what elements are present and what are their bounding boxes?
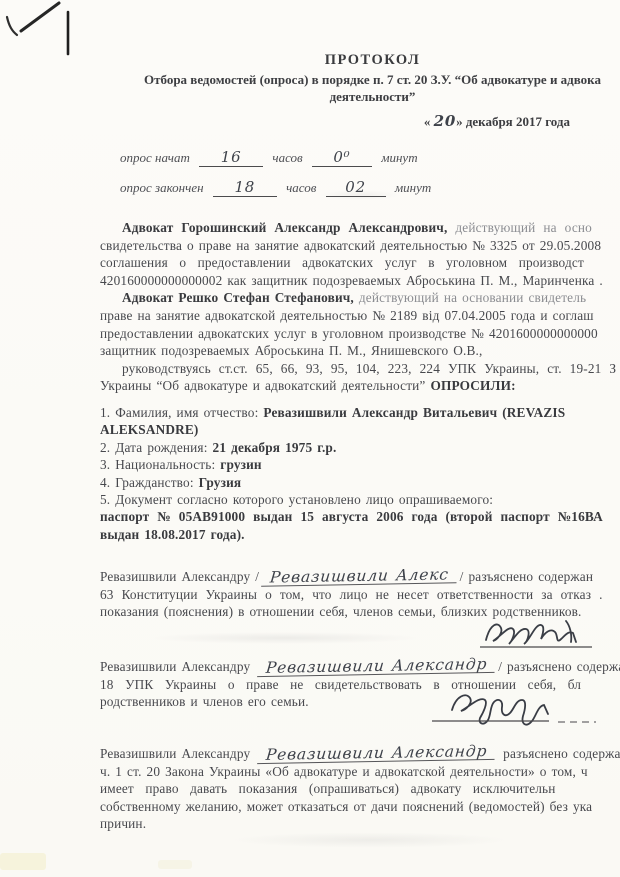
protocol-subtitle-line2: деятельности” [100,88,620,105]
question-row: 4. Гражданство: Грузия [100,474,620,491]
hours-word: часов [286,180,316,195]
doc-text: Ревазишвили Александру / [100,569,259,584]
protocol-title: ПРОТОКОЛ [100,50,620,71]
doc-line: имеет право давать показания (опрашивать… [100,780,620,798]
doc-line: предоставлении адвокатских услуг в уголо… [100,325,620,343]
doc-line: причин. [100,815,620,833]
scanned-protocol-page: ПРОТОКОЛ Отбора ведомостей (опроса) в по… [0,0,620,877]
doc-line: соглашения о предоставлении адвокатских … [100,254,620,272]
scan-smudge [320,190,400,200]
q4-value: Грузия [199,475,242,490]
doc-text: действующий на осно [447,220,592,235]
doc-line: Адвокат Горошинский Александр Александро… [100,219,620,237]
q1-label: 1. Фамилия, имя отчество: [100,405,263,420]
doc-line: ч. 1 ст. 20 Закона Украины «Об адвокатур… [100,763,620,781]
q4-label: 4. Гражданство: [100,475,199,490]
doc-line: Ревазишвили Александру Ревазишвили Алекс… [100,658,620,676]
doc-line: 420160000000000002 как защитник подозрев… [100,272,620,290]
start-label: опрос начат [120,150,190,165]
scan-yellow-speck [158,860,192,869]
lawyer1-name: Адвокат Горошинский Александр Александро… [122,220,447,235]
doc-text: разъяснено содержани [498,746,620,761]
start-hours-handwritten: 16 [221,148,242,166]
q5-value: паспорт № 05АВ91000 выдан 15 августа 200… [100,508,620,525]
start-minutes-blank: 0⁰ [312,148,372,167]
doc-line: защитник подозреваемых Аброськина П. М.,… [100,342,620,360]
date-open-quote: « [424,114,431,129]
time-start-row: опрос начат 16 часов 0⁰ минут [120,148,431,167]
doc-text: Украины “Об адвокатуре и адвокатский дея… [100,378,430,393]
q2-value: 21 декабря 1975 г.р. [213,440,337,455]
date-rest: » декабря 2017 года [456,114,570,129]
start-hours-blank: 16 [199,148,263,167]
end-label: опрос закончен [120,180,204,195]
question-row: 2. Дата рождения: 21 декабря 1975 г.р. [100,439,620,456]
date-day-handwritten: 20 [434,112,456,130]
end-hours-blank: 18 [213,178,277,197]
scan-smudge [230,832,510,848]
acknowledgement-constitution: Ревазишвили Александру /Ревазишвили Алек… [100,568,620,621]
q5-value-cont: выдан 18.08.2017 года). [100,526,620,543]
q3-label: 3. Национальность: [100,457,220,472]
doc-text: Ревазишвили Александру [100,746,255,761]
q3-value: грузин [220,457,261,472]
doc-text: Ревазишвили Александру [100,659,255,674]
minutes-word: минут [381,150,417,165]
signature-2 [428,688,600,734]
start-minutes-handwritten: 0⁰ [333,148,350,166]
doc-line: Адвокат Решко Стефан Стефанович, действу… [100,289,620,307]
handwritten-name-3: Ревазишвили Александр [257,744,496,764]
doc-line: 63 Конституции Украины о том, что лицо н… [100,586,620,604]
doc-text: / разъяснено содержан [460,569,593,584]
signature-1 [478,616,598,652]
doc-text: действующий на основании свидетель [354,290,586,305]
handwritten-name-2: Ревазишвили Александр [257,657,496,677]
document-header: ПРОТОКОЛ Отбора ведомостей (опроса) в по… [100,50,620,105]
person-details: 1. Фамилия, имя отчество: Ревазишвили Ал… [100,404,620,543]
question-row: 3. Национальность: грузин [100,456,620,473]
doc-text: / разъяснено содержан [498,659,620,674]
protocol-subtitle-line1: Отбора ведомостей (опроса) в порядке п. … [100,71,620,88]
scan-smudge [150,632,420,644]
doc-line: собственному желанию, может отказаться о… [100,798,620,816]
q2-label: 2. Дата рождения: [100,440,213,455]
doc-line: Ревазишвили Александру Ревазишвили Алекс… [100,745,620,763]
handwritten-name-1: Ревазишвили Алекс [261,567,457,586]
q1-value: Ревазишвили Александр Витальевич (REVAZI… [263,405,565,420]
q1-value-cont: ALEKSANDRE) [100,421,620,438]
minutes-word: минут [395,180,431,195]
lawyers-paragraphs: Адвокат Горошинский Александр Александро… [100,219,620,395]
end-hours-handwritten: 18 [234,178,255,196]
doc-line: Украины “Об адвокатуре и адвокатский дея… [100,377,620,395]
date-line: « 20» декабря 2017 года [100,112,570,130]
doc-line: руководствуясь ст.ст. 65, 66, 93, 95, 10… [100,360,620,378]
question-row: 1. Фамилия, имя отчество: Ревазишвили Ал… [100,404,620,421]
scan-yellow-speck [0,853,46,870]
oprosili-word: ОПРОСИЛИ: [430,378,515,393]
doc-line: Ревазишвили Александру /Ревазишвили Алек… [100,568,620,586]
pen-marks-artifact [0,0,110,62]
doc-line: праве на занятие адвокатской деятельност… [100,307,620,325]
hours-word: часов [272,150,302,165]
lawyer2-name: Адвокат Решко Стефан Стефанович, [122,290,354,305]
q5-label: 5. Документ согласно которого установлен… [100,491,620,508]
doc-line: свидетельства о праве на занятие адвокат… [100,237,620,255]
acknowledgement-advocacy-law: Ревазишвили Александру Ревазишвили Алекс… [100,745,620,833]
